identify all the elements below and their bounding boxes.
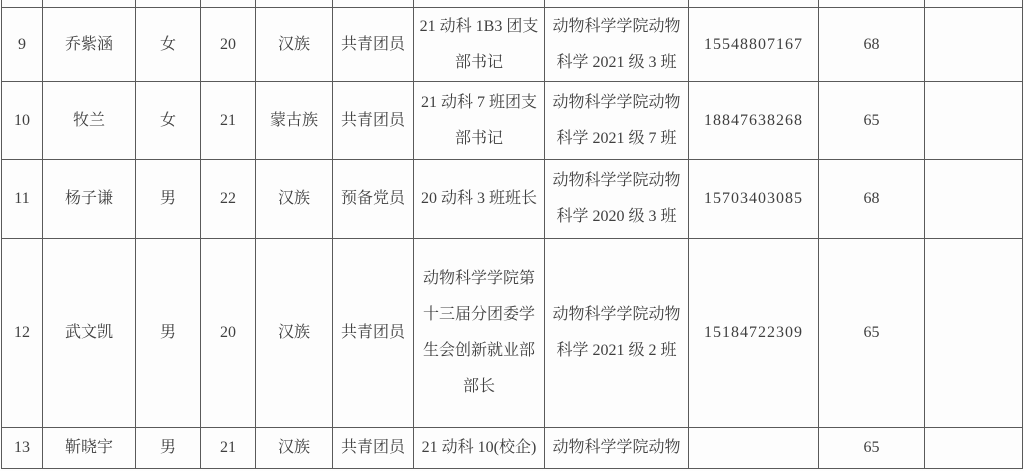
cell-name: 乔紫涵 <box>43 8 136 82</box>
cell-ethnicity: 汉族 <box>256 160 333 239</box>
cell-name: 武文凯 <box>43 239 136 428</box>
cell-phone <box>689 0 819 8</box>
cell-gender: 女 <box>136 82 201 160</box>
cell-name: 牧兰 <box>43 82 136 160</box>
table-row: 9 乔紫涵 女 20 汉族 共青团员 21 动科 1B3 团支 部书记 动物科学… <box>2 8 1023 82</box>
table-row: 11 杨子谦 男 22 汉族 预备党员 20 动科 3 班班长 动物科学学院动物… <box>2 160 1023 239</box>
cell-note <box>925 8 1023 82</box>
cell-position: 21 动科 10(校企) <box>414 428 545 469</box>
cell-score: 68 <box>819 160 925 239</box>
cell-note <box>925 428 1023 469</box>
cell-gender: 男 <box>136 160 201 239</box>
cell-ethnicity: 汉族 <box>256 239 333 428</box>
cell-score: 68 <box>819 8 925 82</box>
cell-position: 动物科学学院第 十三届分团委学 生会创新就业部 部长 <box>414 239 545 428</box>
cell-gender: 女 <box>136 8 201 82</box>
cell-score: 65 <box>819 428 925 469</box>
cell-ethnicity: 汉族 <box>256 428 333 469</box>
cell-score: 65 <box>819 82 925 160</box>
cell-age: 20 <box>201 8 256 82</box>
cell-note <box>925 160 1023 239</box>
cell-ethnicity <box>256 0 333 8</box>
cell-position: 21 动科 7 班团支 部书记 <box>414 82 545 160</box>
cell-name: 杨子谦 <box>43 160 136 239</box>
cell-phone: 15184722309 <box>689 239 819 428</box>
cell-score <box>819 0 925 8</box>
cell-seq: 9 <box>2 8 43 82</box>
cell-political-status: 共青团员 <box>333 8 414 82</box>
cell-political-status: 共青团员 <box>333 82 414 160</box>
cell-name <box>43 0 136 8</box>
cell-class: 动物科学学院动物 科学 2021 级 3 班 <box>545 8 689 82</box>
cell-political-status: 共青团员 <box>333 428 414 469</box>
cell-position <box>414 0 545 8</box>
cell-phone <box>689 428 819 469</box>
cell-class: 动物科学学院动物 科学 2021 级 2 班 <box>545 239 689 428</box>
cell-political-status <box>333 0 414 8</box>
cell-seq: 11 <box>2 160 43 239</box>
cell-age: 20 <box>201 239 256 428</box>
cell-note <box>925 0 1023 8</box>
cell-seq: 12 <box>2 239 43 428</box>
cell-political-status: 预备党员 <box>333 160 414 239</box>
cell-age: 21 <box>201 82 256 160</box>
table-row: 10 牧兰 女 21 蒙古族 共青团员 21 动科 7 班团支 部书记 动物科学… <box>2 82 1023 160</box>
cell-political-status: 共青团员 <box>333 239 414 428</box>
cell-gender: 男 <box>136 239 201 428</box>
cell-position: 21 动科 1B3 团支 部书记 <box>414 8 545 82</box>
cell-note <box>925 82 1023 160</box>
partial-row-top <box>2 0 1023 8</box>
cell-ethnicity: 蒙古族 <box>256 82 333 160</box>
cell-phone: 18847638268 <box>689 82 819 160</box>
cell-name: 靳晓宇 <box>43 428 136 469</box>
cell-note <box>925 239 1023 428</box>
cell-gender: 男 <box>136 428 201 469</box>
cell-class <box>545 0 689 8</box>
cell-class: 动物科学学院动物 科学 2021 级 7 班 <box>545 82 689 160</box>
roster-table: 9 乔紫涵 女 20 汉族 共青团员 21 动科 1B3 团支 部书记 动物科学… <box>1 0 1023 469</box>
cell-phone: 15703403085 <box>689 160 819 239</box>
cell-position: 20 动科 3 班班长 <box>414 160 545 239</box>
cell-phone: 15548807167 <box>689 8 819 82</box>
cell-age <box>201 0 256 8</box>
table-row: 12 武文凯 男 20 汉族 共青团员 动物科学学院第 十三届分团委学 生会创新… <box>2 239 1023 428</box>
cell-class: 动物科学学院动物 科学 2020 级 3 班 <box>545 160 689 239</box>
cell-seq <box>2 0 43 8</box>
cell-score: 65 <box>819 239 925 428</box>
cell-seq: 13 <box>2 428 43 469</box>
table-row: 13 靳晓宇 男 21 汉族 共青团员 21 动科 10(校企) 动物科学学院动… <box>2 428 1023 469</box>
cell-gender <box>136 0 201 8</box>
cell-age: 21 <box>201 428 256 469</box>
document-page: 9 乔紫涵 女 20 汉族 共青团员 21 动科 1B3 团支 部书记 动物科学… <box>0 0 1024 471</box>
cell-seq: 10 <box>2 82 43 160</box>
cell-age: 22 <box>201 160 256 239</box>
cell-ethnicity: 汉族 <box>256 8 333 82</box>
cell-class: 动物科学学院动物 <box>545 428 689 469</box>
